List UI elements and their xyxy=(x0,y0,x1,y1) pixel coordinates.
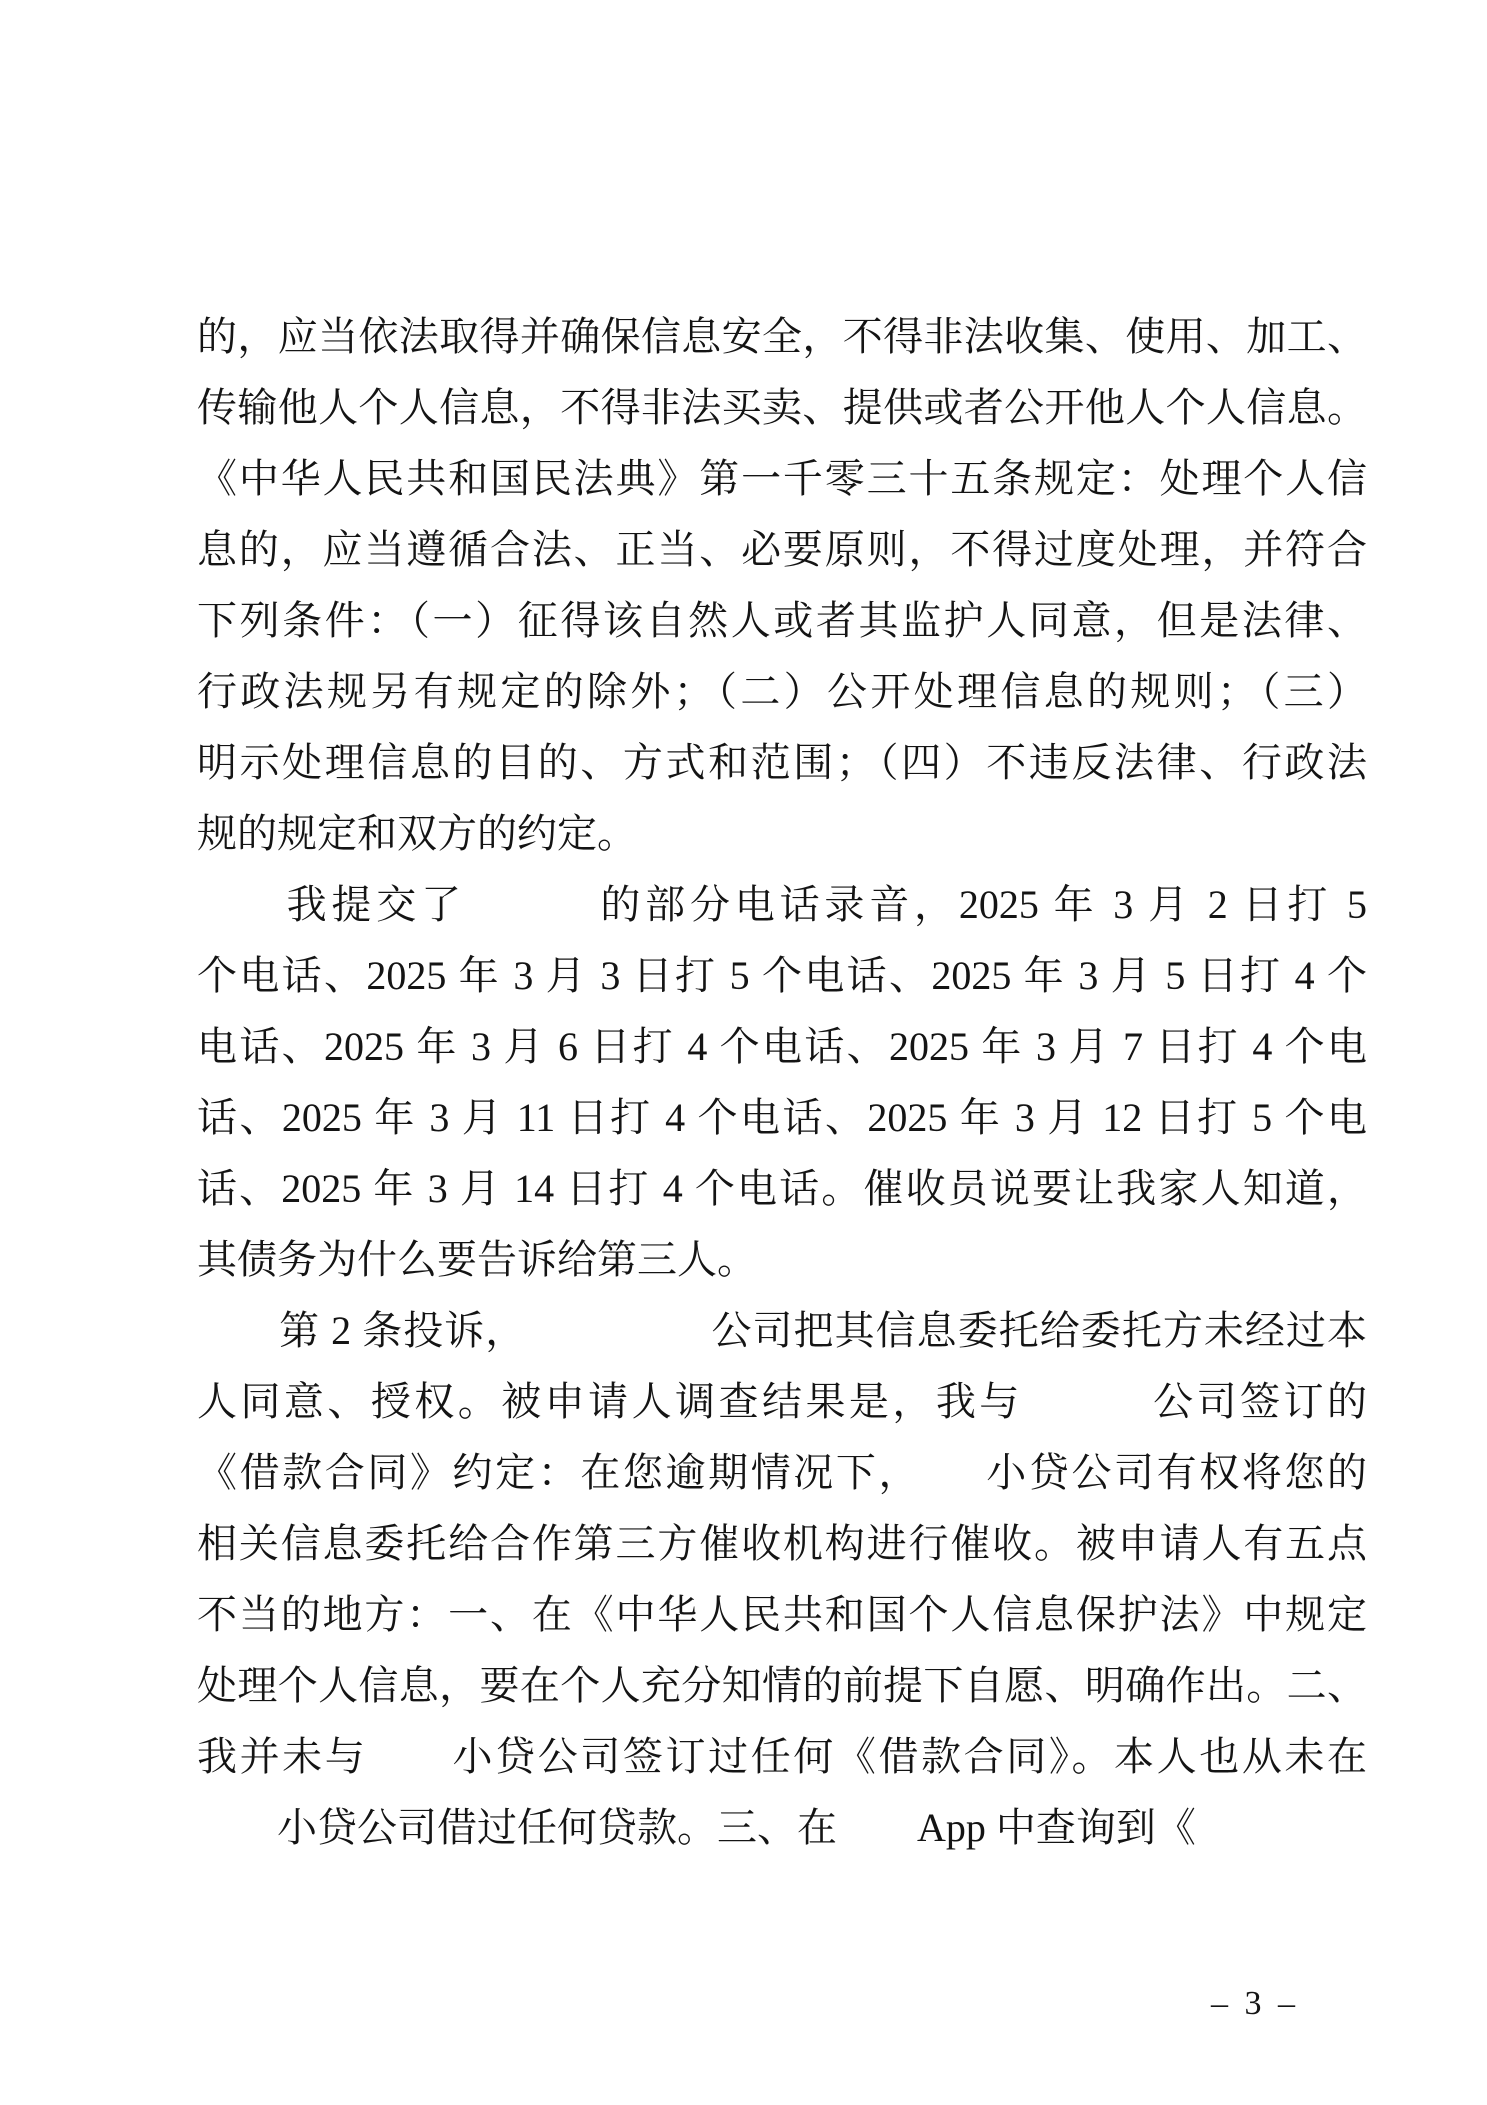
text-line: 电话、2025 年 3 月 6 日打 4 个电话、2025 年 3 月 7 日打… xyxy=(197,1011,1367,1082)
text-line: 处理个人信息，要在个人充分知情的前提下自愿、明确作出。二、 xyxy=(197,1650,1367,1721)
text-line: 我提交了 的部分电话录音，2025 年 3 月 2 日打 5 xyxy=(197,869,1367,940)
text-line: 的，应当依法取得并确保信息安全，不得非法收集、使用、加工、 xyxy=(197,301,1367,372)
text-line: 人同意、授权。被申请人调查结果是，我与 公司签订的 xyxy=(197,1366,1367,1437)
text-line: 其债务为什么要告诉给第三人。 xyxy=(197,1224,1367,1295)
text-line: 下列条件：（一）征得该自然人或者其监护人同意，但是法律、 xyxy=(197,585,1367,656)
text-line: 话、2025 年 3 月 11 日打 4 个电话、2025 年 3 月 12 日… xyxy=(197,1082,1367,1153)
text-line: 规的规定和双方的约定。 xyxy=(197,798,1367,869)
text-line: 《中华人民共和国民法典》第一千零三十五条规定：处理个人信 xyxy=(197,443,1367,514)
text-line: 息的，应当遵循合法、正当、必要原则，不得过度处理，并符合 xyxy=(197,514,1367,585)
text-line: 不当的地方：一、在《中华人民共和国个人信息保护法》中规定 xyxy=(197,1579,1367,1650)
text-line: 《借款合同》约定：在您逾期情况下， 小贷公司有权将您的 xyxy=(197,1437,1367,1508)
text-line: 行政法规另有规定的除外；（二）公开处理信息的规则；（三） xyxy=(197,656,1367,727)
text-line: 小贷公司借过任何贷款。三、在 App 中查询到《 xyxy=(197,1792,1367,1863)
document-page: 的，应当依法取得并确保信息安全，不得非法收集、使用、加工、 传输他人个人信息，不… xyxy=(0,0,1487,2105)
text-line: 个电话、2025 年 3 月 3 日打 5 个电话、2025 年 3 月 5 日… xyxy=(197,940,1367,1011)
text-line: 相关信息委托给合作第三方催收机构进行催收。被申请人有五点 xyxy=(197,1508,1367,1579)
text-line: 传输他人个人信息，不得非法买卖、提供或者公开他人个人信息。 xyxy=(197,372,1367,443)
text-line: 第 2 条投诉， 公司把其信息委托给委托方未经过本 xyxy=(197,1295,1367,1366)
page-number: – 3 – xyxy=(1180,1984,1330,2024)
text-line: 我并未与 小贷公司签订过任何《借款合同》。本人也从未在 xyxy=(197,1721,1367,1792)
text-line: 明示处理信息的目的、方式和范围；（四）不违反法律、行政法 xyxy=(197,727,1367,798)
text-line: 话、2025 年 3 月 14 日打 4 个电话。催收员说要让我家人知道， xyxy=(197,1153,1367,1224)
document-body: 的，应当依法取得并确保信息安全，不得非法收集、使用、加工、 传输他人个人信息，不… xyxy=(197,301,1367,1863)
